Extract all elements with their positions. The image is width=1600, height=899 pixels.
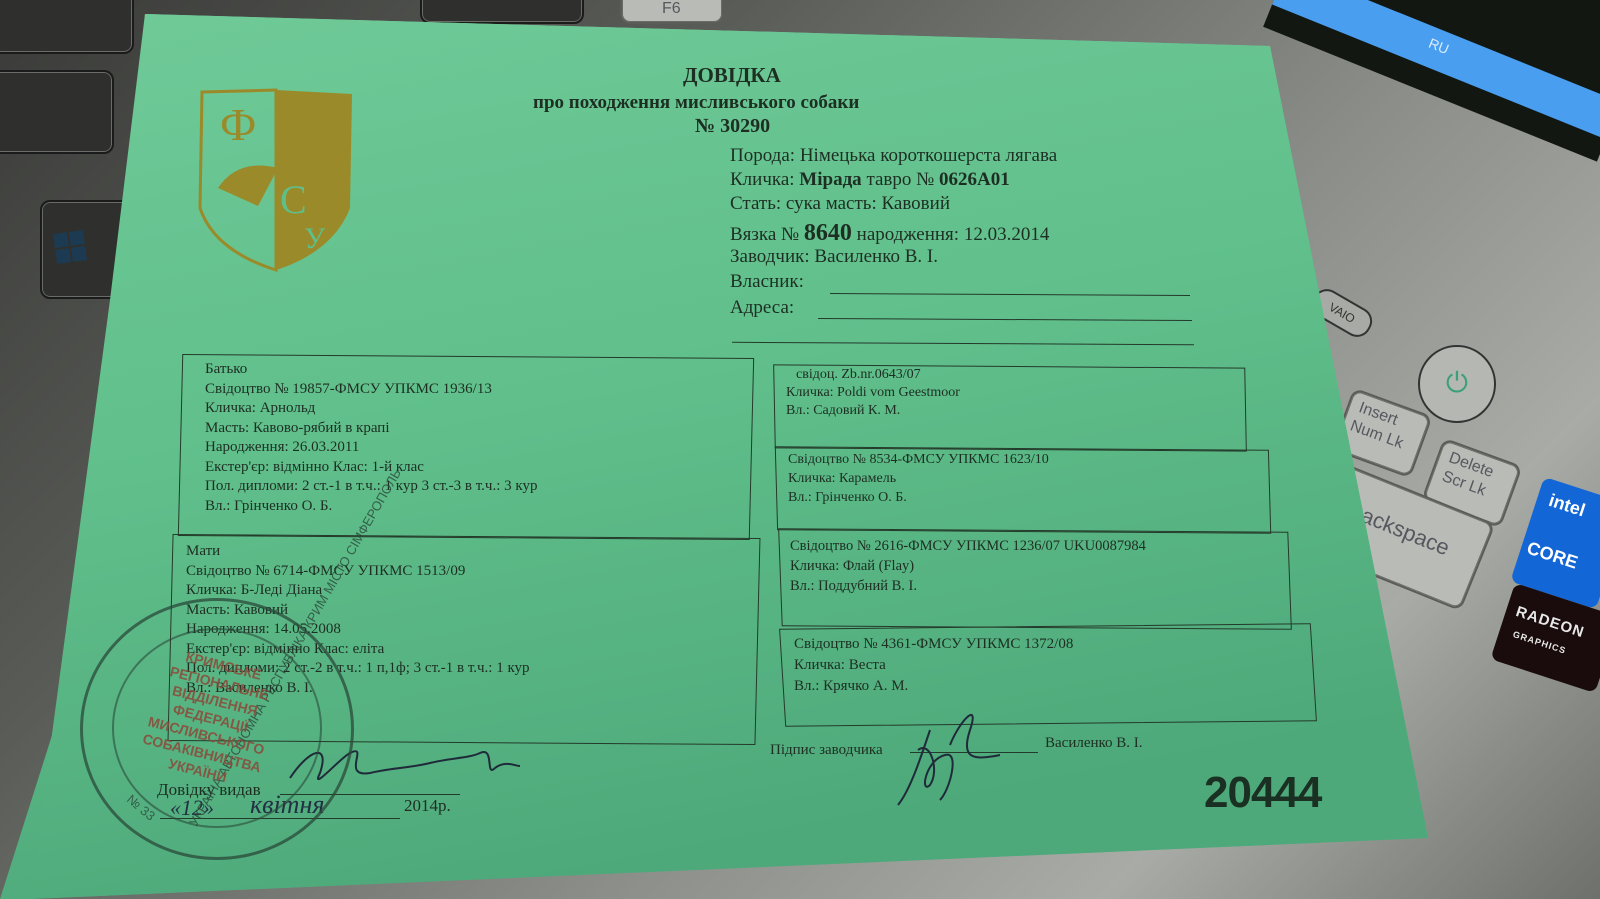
certificate: Ф С У ДОВІДКА про походження мисливськог… [0, 0, 1600, 899]
owner-field[interactable] [830, 293, 1190, 296]
grandparent-info-1: свідоц. Zb.nr.0643/07 Кличка: Poldi vom … [786, 366, 960, 420]
sex-color-field: Стать: сука масть: Кавовий [730, 193, 950, 215]
grandparent-info-3: Свідоцтво № 2616-ФМСУ УПКМС 1236/07 UKU0… [790, 536, 1146, 596]
breed-field: Порода: Німецька короткошерста лягава [730, 145, 1057, 167]
svg-text:У: У [304, 222, 326, 255]
svg-text:Ф: Ф [220, 99, 256, 150]
father-info: Батько Свідоцтво № 19857-ФМСУ УПКМС 1936… [205, 360, 537, 516]
breeder-signature-icon [890, 700, 1010, 810]
issued-year: 2014р. [404, 796, 451, 816]
owner-label: Власник: [730, 271, 804, 293]
document-title: ДОВІДКА [683, 63, 781, 88]
serial-number: 20444 [1204, 768, 1321, 818]
document-subtitle: про походження мисливського собаки [533, 92, 859, 114]
litter-birth-field: Вязка № 8640 народження: 12.03.2014 [730, 220, 1049, 247]
address-field[interactable] [818, 318, 1192, 321]
svg-text:С: С [280, 177, 307, 222]
grandparent-info-4: Свідоцтво № 4361-ФМСУ УПКМС 1372/08 Клич… [794, 634, 1073, 697]
fmsu-shield-emblem-icon: Ф С У [198, 88, 354, 272]
name-field: Кличка: Мірада тавро № 0626A01 [730, 169, 1010, 191]
grandparent-info-2: Свідоцтво № 8534-ФМСУ УПКМС 1623/10 Клич… [788, 450, 1049, 507]
signature-label: Підпис заводчика [770, 742, 883, 759]
address-label: Адреса: [730, 297, 794, 319]
breeder-field: Заводчик: Василенко В. І. [730, 246, 938, 268]
address-field-line2[interactable] [732, 342, 1194, 345]
document-number: № 30290 [695, 115, 770, 138]
signature-name: Василенко В. І. [1045, 735, 1143, 752]
